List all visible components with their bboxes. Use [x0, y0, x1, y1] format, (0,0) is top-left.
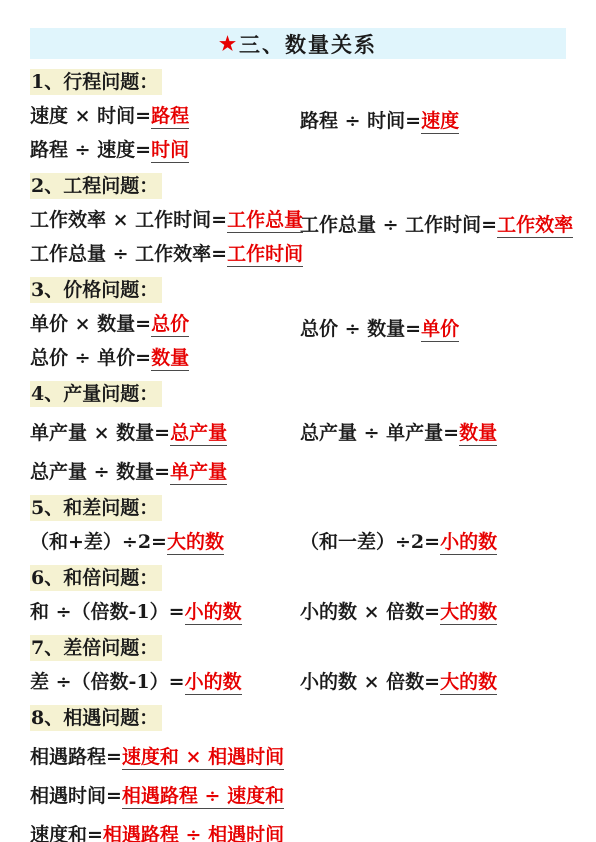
formula-left: 和 ÷（倍数-1）=小的数 [30, 600, 300, 625]
formula-answer: 总价 [151, 313, 189, 337]
section-heading: 8、相遇问题： [30, 705, 162, 731]
formula-right: 路程 ÷ 时间=速度 [300, 109, 566, 134]
formula-answer: 数量 [459, 422, 497, 446]
formula-text: 路程 ÷ 时间= [300, 110, 421, 132]
formula-text: 总价 ÷ 单价= [30, 347, 151, 369]
formula-left: 速度 × 时间=路程 [30, 104, 300, 129]
formula-left: 总产量 ÷ 数量=单产量 [30, 460, 300, 485]
formula-left: 相遇路程=速度和 × 相遇时间 [30, 745, 566, 770]
formula-answer: 工作效率 [497, 214, 573, 238]
formula-text: 单产量 × 数量= [30, 422, 170, 444]
formula-left: （和+差）÷2=大的数 [30, 530, 300, 555]
formula-row: 单产量 × 数量=总产量 总产量 ÷ 单产量=数量 [30, 421, 566, 446]
formula-answer: 相遇路程 ÷ 速度和 [122, 785, 284, 809]
formula-right: 小的数 × 倍数=大的数 [300, 600, 566, 625]
section-heading: 3、价格问题： [30, 277, 162, 303]
section-heading: 4、产量问题： [30, 381, 162, 407]
formula-row: 总产量 ÷ 数量=单产量 [30, 460, 566, 485]
formula-right: 小的数 × 倍数=大的数 [300, 670, 566, 695]
formula-text: 总价 ÷ 数量= [300, 318, 421, 340]
formula-answer: 大的数 [167, 531, 224, 555]
formula-answer: 单产量 [170, 461, 227, 485]
section-2: 2、工程问题： 工作效率 × 工作时间=工作总量 工作总量 ÷ 工作时间=工作效… [30, 173, 566, 267]
formula-answer: 相遇路程 ÷ 相遇时间 [103, 824, 284, 842]
formula-text: 速度和= [30, 824, 103, 842]
formula-answer: 工作时间 [227, 243, 303, 267]
formula-left: 工作效率 × 工作时间=工作总量 [30, 208, 300, 233]
formula-text: 和 ÷（倍数-1）= [30, 601, 185, 623]
formula-text: 工作总量 ÷ 工作效率= [30, 243, 227, 265]
formula-left: 总价 ÷ 单价=数量 [30, 346, 300, 371]
formula-answer: 小的数 [185, 601, 242, 625]
page-title: 三、数量关系 [239, 29, 377, 59]
formula-left: 路程 ÷ 速度=时间 [30, 138, 300, 163]
formula-text: 差 ÷（倍数-1）= [30, 671, 185, 693]
formula-row: 单价 × 数量=总价 总价 ÷ 数量=单价 [30, 312, 566, 337]
formula-right: （和一差）÷2=小的数 [300, 530, 566, 555]
formula-answer: 数量 [151, 347, 189, 371]
formula-row: 速度 × 时间=路程 路程 ÷ 时间=速度 [30, 104, 566, 129]
formula-answer: 小的数 [440, 531, 497, 555]
formula-left: 单产量 × 数量=总产量 [30, 421, 300, 446]
formula-text: 工作总量 ÷ 工作时间= [300, 214, 497, 236]
section-7: 7、差倍问题： 差 ÷（倍数-1）=小的数 小的数 × 倍数=大的数 [30, 635, 566, 695]
formula-text: （和+差）÷2= [30, 531, 167, 553]
section-5: 5、和差问题： （和+差）÷2=大的数 （和一差）÷2=小的数 [30, 495, 566, 555]
formula-text: 工作效率 × 工作时间= [30, 209, 227, 231]
formula-row: （和+差）÷2=大的数 （和一差）÷2=小的数 [30, 530, 566, 555]
formula-answer: 时间 [151, 139, 189, 163]
formula-answer: 总产量 [170, 422, 227, 446]
formula-answer: 路程 [151, 105, 189, 129]
formula-row: 总价 ÷ 单价=数量 [30, 346, 566, 371]
header-bar: ★三、数量关系 [30, 28, 566, 59]
formula-right: 总价 ÷ 数量=单价 [300, 317, 566, 342]
formula-answer: 小的数 [185, 671, 242, 695]
section-3: 3、价格问题： 单价 × 数量=总价 总价 ÷ 数量=单价 总价 ÷ 单价=数量 [30, 277, 566, 371]
formula-row: 速度和=相遇路程 ÷ 相遇时间 [30, 823, 566, 842]
section-heading: 7、差倍问题： [30, 635, 162, 661]
formula-answer: 速度 [421, 110, 459, 134]
formula-text: 路程 ÷ 速度= [30, 139, 151, 161]
formula-answer: 单价 [421, 318, 459, 342]
formula-right: 总产量 ÷ 单产量=数量 [300, 421, 566, 446]
formula-left: 相遇时间=相遇路程 ÷ 速度和 [30, 784, 566, 809]
formula-row: 差 ÷（倍数-1）=小的数 小的数 × 倍数=大的数 [30, 670, 566, 695]
formula-text: 相遇路程= [30, 746, 122, 768]
formula-row: 相遇路程=速度和 × 相遇时间 [30, 745, 566, 770]
formula-row: 相遇时间=相遇路程 ÷ 速度和 [30, 784, 566, 809]
formula-text: 总产量 ÷ 单产量= [300, 422, 459, 444]
section-heading: 2、工程问题： [30, 173, 162, 199]
star-icon: ★ [219, 33, 236, 55]
formula-text: （和一差）÷2= [300, 531, 440, 553]
section-4: 4、产量问题： 单产量 × 数量=总产量 总产量 ÷ 单产量=数量 总产量 ÷ … [30, 381, 566, 485]
formula-answer: 大的数 [440, 671, 497, 695]
formula-left: 单价 × 数量=总价 [30, 312, 300, 337]
section-1: 1、行程问题： 速度 × 时间=路程 路程 ÷ 时间=速度 路程 ÷ 速度=时间 [30, 69, 566, 163]
formula-text: 小的数 × 倍数= [300, 671, 440, 693]
formula-left: 工作总量 ÷ 工作效率=工作时间 [30, 242, 300, 267]
formula-text: 单价 × 数量= [30, 313, 151, 335]
formula-answer: 大的数 [440, 601, 497, 625]
formula-row: 和 ÷（倍数-1）=小的数 小的数 × 倍数=大的数 [30, 600, 566, 625]
document-page: ★三、数量关系 1、行程问题： 速度 × 时间=路程 路程 ÷ 时间=速度 路程… [0, 0, 596, 842]
formula-text: 总产量 ÷ 数量= [30, 461, 170, 483]
formula-row: 工作效率 × 工作时间=工作总量 工作总量 ÷ 工作时间=工作效率 [30, 208, 566, 233]
section-8: 8、相遇问题： 相遇路程=速度和 × 相遇时间 相遇时间=相遇路程 ÷ 速度和 … [30, 705, 566, 842]
formula-row: 工作总量 ÷ 工作效率=工作时间 [30, 242, 566, 267]
section-heading: 1、行程问题： [30, 69, 162, 95]
section-6: 6、和倍问题： 和 ÷（倍数-1）=小的数 小的数 × 倍数=大的数 [30, 565, 566, 625]
formula-answer: 速度和 × 相遇时间 [122, 746, 284, 770]
formula-answer: 工作总量 [227, 209, 303, 233]
section-heading: 5、和差问题： [30, 495, 162, 521]
formula-text: 相遇时间= [30, 785, 122, 807]
formula-text: 速度 × 时间= [30, 105, 151, 127]
formula-right: 工作总量 ÷ 工作时间=工作效率 [300, 213, 573, 238]
formula-row: 路程 ÷ 速度=时间 [30, 138, 566, 163]
formula-left: 差 ÷（倍数-1）=小的数 [30, 670, 300, 695]
formula-left: 速度和=相遇路程 ÷ 相遇时间 [30, 823, 566, 842]
formula-text: 小的数 × 倍数= [300, 601, 440, 623]
section-heading: 6、和倍问题： [30, 565, 162, 591]
